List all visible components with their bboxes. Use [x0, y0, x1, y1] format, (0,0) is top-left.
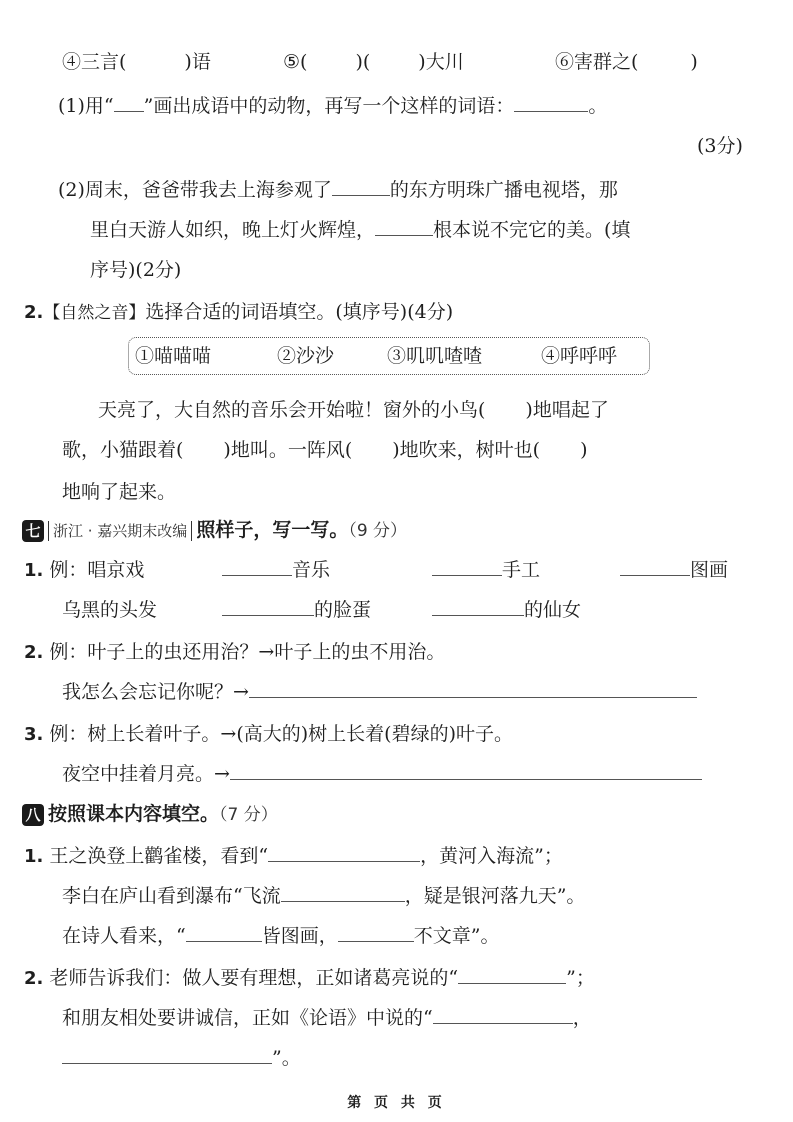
s8-question-2-line-1: 2. 老师告诉我们：做人要有理想，正如诸葛亮说的“”； [24, 964, 595, 993]
s8-question-1-line-2: 李白在庐山看到瀑布“飞流，疑是银河落九天”。 [62, 882, 585, 910]
answer-blank[interactable] [375, 217, 433, 236]
s7-q1-item-1: 音乐 [222, 556, 330, 584]
divider [48, 521, 49, 541]
section-badge: 七 [22, 520, 44, 542]
s7-q1-item-2: 手工 [432, 556, 540, 584]
page-footer: 第 页 共 页 [0, 1092, 793, 1112]
example-text: 例：树上长着叶子。→(高大的)树上长着(碧绿的)叶子。 [49, 723, 513, 745]
s8-question-2-line-2: 和朋友相处要讲诚信，正如《论语》中说的“， [62, 1004, 592, 1032]
passage-text: 歌，小猫跟着( [62, 439, 183, 461]
s7-q1-item-3: 图画 [620, 556, 728, 584]
text: 皆图画， [262, 925, 338, 947]
question-number: 2. [24, 642, 43, 663]
word: 音乐 [292, 559, 330, 581]
score-label: (3分) [697, 132, 743, 160]
question-number: 2. [24, 968, 43, 989]
passage-text: )地唱起了 [525, 399, 608, 421]
answer-line[interactable] [230, 761, 702, 780]
word: 的脸蛋 [314, 599, 371, 621]
passage-line-3: 地响了起来。 [62, 478, 176, 506]
s7-q1-item-4: 的脸蛋 [222, 596, 371, 624]
s7-q1-item-5: 的仙女 [432, 596, 581, 624]
passage-text: 天亮了，大自然的音乐会开始啦！窗外的小鸟( [98, 399, 485, 421]
word-option: ③叽叽喳喳 [387, 343, 482, 369]
sub1-middle: ”画出成语中的动物，再写一个这样的词语： [144, 95, 515, 117]
answer-blank[interactable] [432, 597, 524, 616]
section-score: （9 分） [348, 521, 407, 541]
answer-blank[interactable] [222, 557, 292, 576]
answer-blank[interactable] [433, 1005, 573, 1024]
question-1-sub-2-line-2: 里白天游人如织，晚上灯火辉煌，根本说不完它的美。(填 [90, 216, 630, 244]
passage-text: )地吹来，树叶也( [392, 439, 540, 461]
example-text: 例：唱京戏 [49, 559, 144, 581]
idiom-4-label: ④三言( [62, 51, 126, 73]
section-title: 按照课本内容填空。 [48, 803, 219, 825]
idiom-item-5: ⑤()()大川 [283, 48, 464, 76]
section-score: （7 分） [219, 805, 278, 825]
section-badge: 八 [22, 804, 44, 826]
question-1-sub-1: (1)用“”画出成语中的动物，再写一个这样的词语：。 [58, 92, 607, 120]
answer-blank[interactable] [338, 923, 414, 942]
idiom-4-suffix: )语 [184, 51, 210, 73]
s7-q1-row-2-example: 乌黑的头发 [62, 596, 157, 624]
sub1-end: 。 [588, 95, 607, 117]
idiom-item-4: ④三言()语 [62, 48, 211, 76]
prompt-text: 我怎么会忘记你呢？→ [62, 681, 249, 703]
s7-question-2-example: 2. 例：叶子上的虫还用治？→叶子上的虫不用治。 [24, 638, 445, 667]
section-source: 浙江 · 嘉兴期末改编 [53, 522, 187, 540]
question-1-sub-2-line-1: (2)周末，爸爸带我去上海参观了的东方明珠广播电视塔，那 [58, 176, 618, 204]
answer-blank[interactable] [62, 1045, 272, 1064]
underline-sample [114, 93, 144, 112]
example-text: 例：叶子上的虫还用治？→叶子上的虫不用治。 [49, 641, 445, 663]
word: 图画 [690, 559, 728, 581]
idiom-item-6: ⑥害群之() [555, 48, 698, 76]
s7-question-3-prompt: 夜空中挂着月亮。→ [62, 760, 702, 788]
sub2-line1-suffix: 的东方明珠广播电视塔，那 [390, 179, 618, 201]
answer-blank[interactable] [514, 93, 588, 112]
answer-blank[interactable] [332, 177, 390, 196]
word: 的仙女 [524, 599, 581, 621]
text: 不文章”。 [414, 925, 500, 947]
idiom-6-suffix: ) [690, 51, 697, 73]
text: 王之涣登上鹳雀楼，看到“ [49, 845, 268, 867]
question-1-sub-2-line-3: 序号)(2分) [90, 256, 181, 284]
sub2-line2-prefix: 里白天游人如织，晚上灯火辉煌， [90, 219, 375, 241]
idiom-5-suffix: )大川 [418, 51, 463, 73]
question-instruction: 选择合适的词语填空。(填序号)(4分) [145, 301, 453, 323]
answer-blank[interactable] [281, 883, 405, 902]
word: 手工 [502, 559, 540, 581]
divider [191, 521, 192, 541]
text: 和朋友相处要讲诚信，正如《论语》中说的“ [62, 1007, 433, 1029]
passage-text: )地叫。一阵风( [223, 439, 352, 461]
text: ，疑是银河落九天”。 [405, 885, 586, 907]
question-number: 1. [24, 846, 43, 867]
s8-question-1-line-3: 在诗人看来，“皆图画，不文章”。 [62, 922, 499, 950]
passage-text: ) [580, 439, 587, 461]
s7-question-3-example: 3. 例：树上长着叶子。→(高大的)树上长着(碧绿的)叶子。 [24, 720, 513, 749]
s8-question-2-line-3: ”。 [62, 1044, 301, 1072]
answer-blank[interactable] [186, 923, 262, 942]
text: 李白在庐山看到瀑布“飞流 [62, 885, 281, 907]
text: ”； [566, 967, 595, 989]
idiom-5-label: ⑤( [283, 51, 307, 73]
prompt-text: 夜空中挂着月亮。→ [62, 763, 230, 785]
s7-question-2-prompt: 我怎么会忘记你呢？→ [62, 678, 697, 706]
passage-line-1: 天亮了，大自然的音乐会开始啦！窗外的小鸟()地唱起了 [98, 396, 609, 424]
text: 在诗人看来，“ [62, 925, 186, 947]
topic-tag: 【自然之音】 [43, 303, 145, 323]
word-option: ④呼呼呼 [541, 343, 617, 369]
question-number: 2. [24, 302, 43, 323]
s7-question-1-row-1: 1. 例：唱京戏 [24, 556, 144, 585]
word-option: ②沙沙 [277, 343, 334, 369]
text: ，黄河入海流”； [420, 845, 563, 867]
text: ， [573, 1007, 592, 1029]
answer-blank[interactable] [222, 597, 314, 616]
section-7-header: 七浙江 · 嘉兴期末改编照样子，写一写。（9 分） [22, 516, 407, 545]
answer-blank[interactable] [458, 965, 566, 984]
question-number: 3. [24, 724, 43, 745]
section-title: 照样子，写一写。 [196, 519, 348, 541]
answer-line[interactable] [249, 679, 697, 698]
passage-line-2: 歌，小猫跟着()地叫。一阵风()地吹来，树叶也() [62, 436, 588, 464]
answer-blank[interactable] [432, 557, 502, 576]
word-option: ①喵喵喵 [135, 343, 211, 369]
sub2-line2-suffix: 根本说不完它的美。(填 [433, 219, 630, 241]
answer-blank[interactable] [620, 557, 690, 576]
question-number: 1. [24, 560, 43, 581]
idiom-6-label: ⑥害群之( [555, 51, 638, 73]
question-2-header: 2.【自然之音】选择合适的词语填空。(填序号)(4分) [24, 298, 453, 327]
idiom-5-mid: )( [355, 51, 370, 73]
answer-blank[interactable] [268, 843, 420, 862]
section-8-header: 八按照课本内容填空。（7 分） [22, 800, 278, 829]
text: 老师告诉我们：做人要有理想，正如诸葛亮说的“ [49, 967, 458, 989]
sub2-line1-prefix: (2)周末，爸爸带我去上海参观了 [58, 179, 332, 201]
sub1-prefix: (1)用“ [58, 95, 114, 117]
s8-question-1-line-1: 1. 王之涣登上鹳雀楼，看到“，黄河入海流”； [24, 842, 563, 871]
word-bank: ①喵喵喵 ②沙沙 ③叽叽喳喳 ④呼呼呼 [128, 337, 650, 375]
text: ”。 [272, 1047, 301, 1069]
